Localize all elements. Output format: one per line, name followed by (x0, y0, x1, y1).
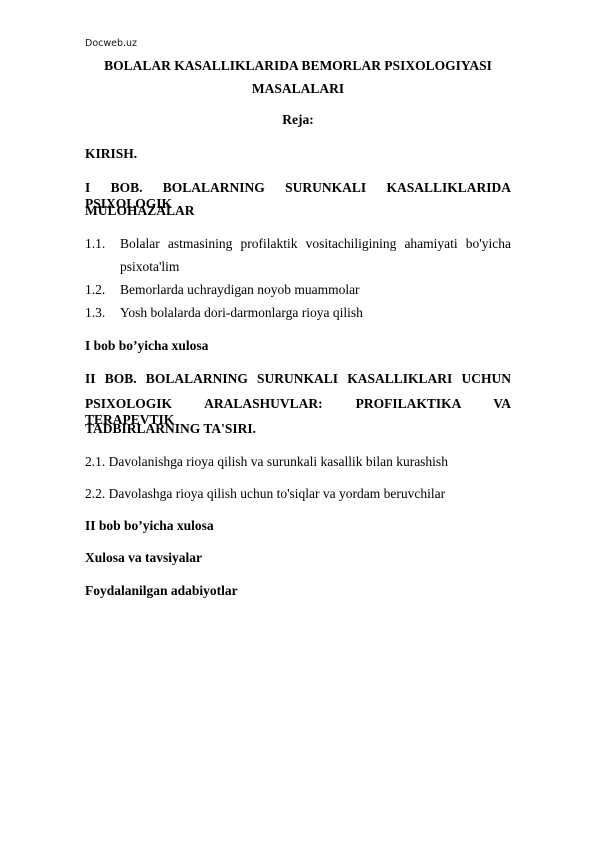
word: ahamiyati (404, 236, 457, 252)
chapter2-conclusion: II bob bo’yicha xulosa (85, 518, 511, 534)
references-heading: Foydalanilgan adabiyotlar (85, 583, 511, 599)
word: bo'yicha (466, 236, 511, 252)
item-1-1-text-line-1: Bolalar astmasining profilaktik vositach… (120, 236, 511, 252)
word: profilaktik (240, 236, 297, 252)
document-page: Docweb.uz BOLALAR KASALLIKLARIDA BEMORLA… (0, 0, 596, 842)
word: Bolalar (120, 236, 160, 252)
item-1-1-number: 1.1. (85, 236, 105, 252)
site-header: Docweb.uz (85, 38, 137, 49)
document-title-line-1: BOLALAR KASALLIKLARIDA BEMORLAR PSIXOLOG… (85, 58, 511, 74)
item-2-1: 2.1. Davolanishga rioya qilish va surunk… (85, 454, 511, 470)
chapter2-heading-line-1: II BOB. BOLALARNING SURUNKALI KASALLIKLA… (85, 371, 511, 387)
chapter2-heading-line-3: TADBIRLARNING TA'SIRI. (85, 421, 511, 437)
item-1-2-number: 1.2. (85, 282, 105, 298)
chapter1-conclusion: I bob bo’yicha xulosa (85, 338, 511, 354)
item-1-1-text-line-2: psixota'lim (120, 259, 511, 275)
item-1-3-text: Yosh bolalarda dori-darmonlarga rioya qi… (120, 305, 511, 321)
document-title-line-2: MASALALARI (85, 81, 511, 97)
word: vositachiligining (306, 236, 397, 252)
word: astmasining (168, 236, 233, 252)
item-2-2: 2.2. Davolashga rioya qilish uchun to'si… (85, 486, 511, 502)
item-1-2-text: Bemorlarda uchraydigan noyob muammolar (120, 282, 511, 298)
conclusions-heading: Xulosa va tavsiyalar (85, 550, 511, 566)
plan-label: Reja: (85, 112, 511, 128)
item-1-3-number: 1.3. (85, 305, 105, 321)
chapter1-heading-line-2: MULOHAZALAR (85, 203, 511, 219)
intro-heading: KIRISH. (85, 146, 511, 162)
